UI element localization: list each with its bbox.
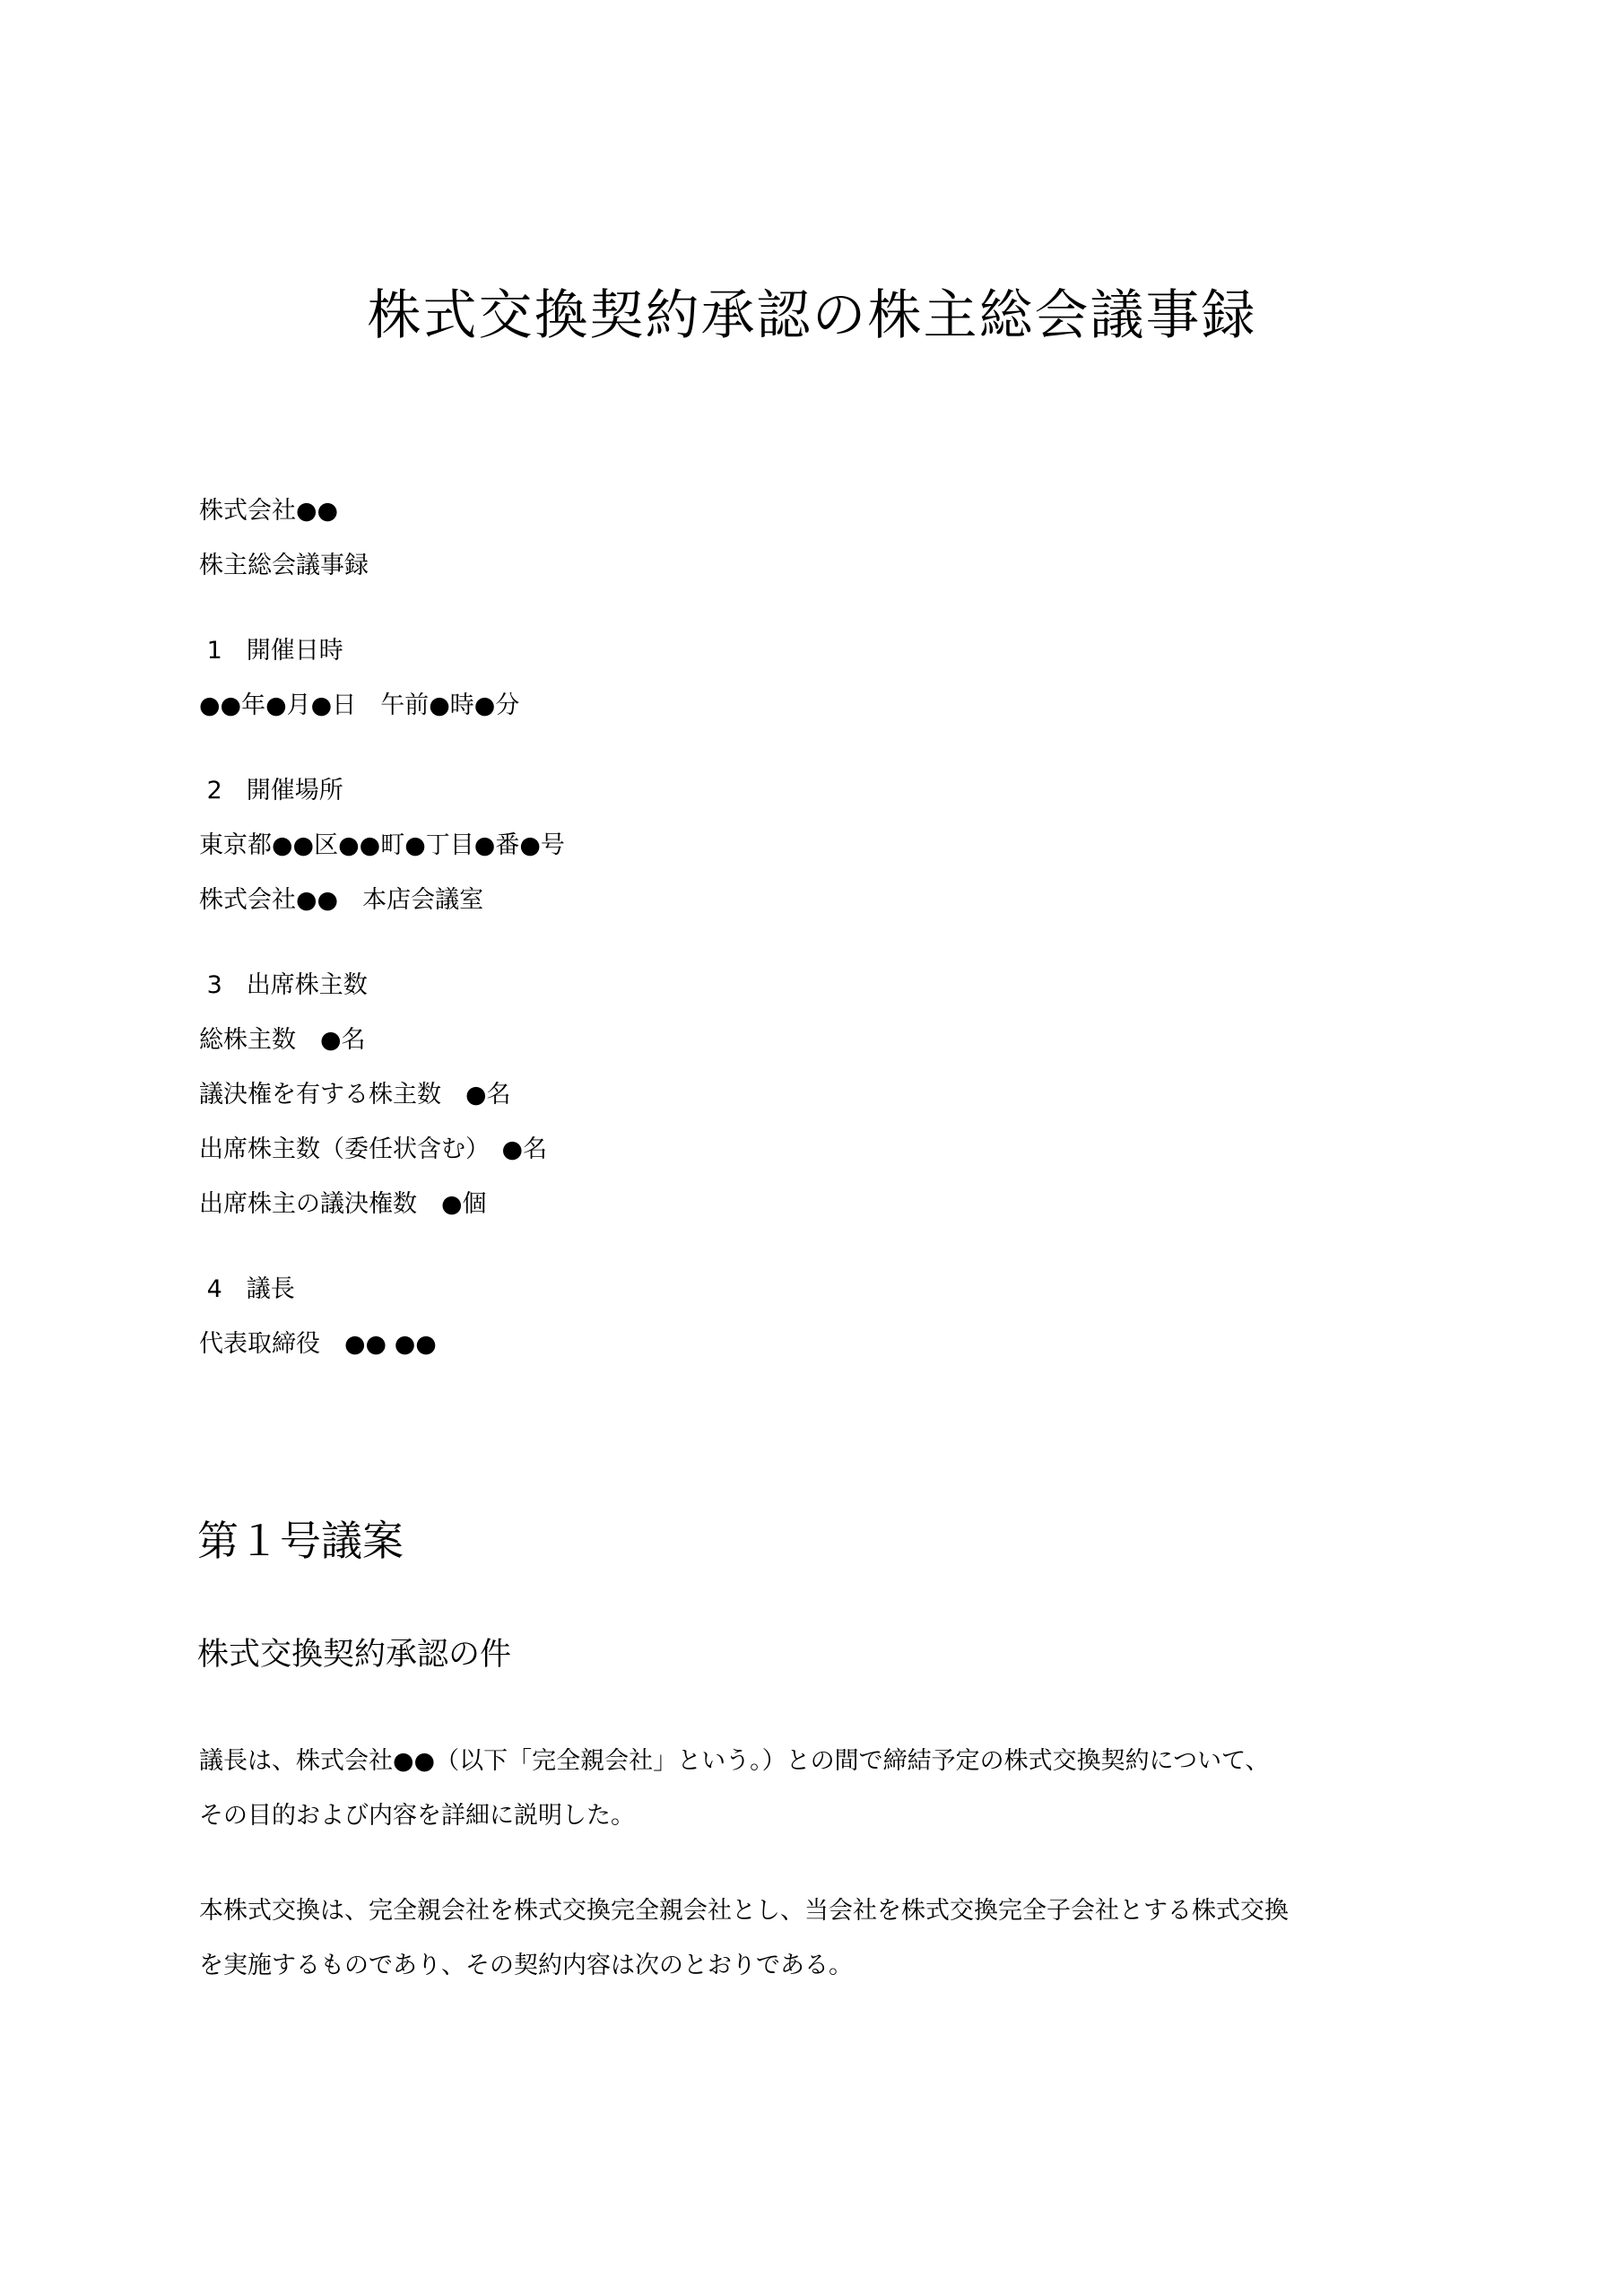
document-title: 株式交換契約承認の株主総会議事録 <box>0 280 1624 352</box>
section-heading-date: 1 開催日時 <box>199 635 343 667</box>
company-name: 株式会社●● <box>199 495 338 527</box>
attending-voting-rights: 出席株主の議決権数 ●個 <box>199 1188 487 1221</box>
venue-address: 東京都●●区●●町●丁目●番●号 <box>199 830 565 862</box>
proposal-paragraph-1-line-2: その目的および内容を詳細に説明した。 <box>199 1788 1455 1843</box>
meeting-datetime: ●●年●月●日 午前●時●分 <box>199 690 519 722</box>
attending-shareholders: 出席株主数（委任状含む） ●名 <box>199 1134 547 1166</box>
proposal-paragraph-1-line-1: 議長は、株式会社●●（以下「完全親会社」という。）との間で締結予定の株式交換契約… <box>199 1734 1455 1788</box>
minutes-label: 株主総会議事録 <box>199 550 369 582</box>
total-shareholders: 総株主数 ●名 <box>199 1024 366 1057</box>
section-heading-venue: 2 開催場所 <box>199 775 343 807</box>
proposal-heading: 第１号議案 <box>197 1514 404 1568</box>
proposal-subheading: 株式交換契約承認の件 <box>197 1634 511 1675</box>
proposal-paragraph-2-line-2: を実施するものであり、その契約内容は次のとおりである。 <box>199 1938 1455 1993</box>
chairperson: 代表取締役 ●● ●● <box>199 1328 437 1361</box>
document-page: 株式交換契約承認の株主総会議事録 株式会社●● 株主総会議事録 1 開催日時 ●… <box>0 0 1624 2296</box>
section-heading-attendance: 3 出席株主数 <box>199 970 368 1002</box>
venue-room: 株式会社●● 本店会議室 <box>199 884 483 917</box>
section-heading-chair: 4 議長 <box>199 1274 295 1306</box>
voting-shareholders: 議決権を有する株主数 ●名 <box>199 1079 511 1111</box>
proposal-paragraph-2-line-1: 本株式交換は、完全親会社を株式交換完全親会社とし、当会社を株式交換完全子会社とす… <box>199 1883 1455 1938</box>
